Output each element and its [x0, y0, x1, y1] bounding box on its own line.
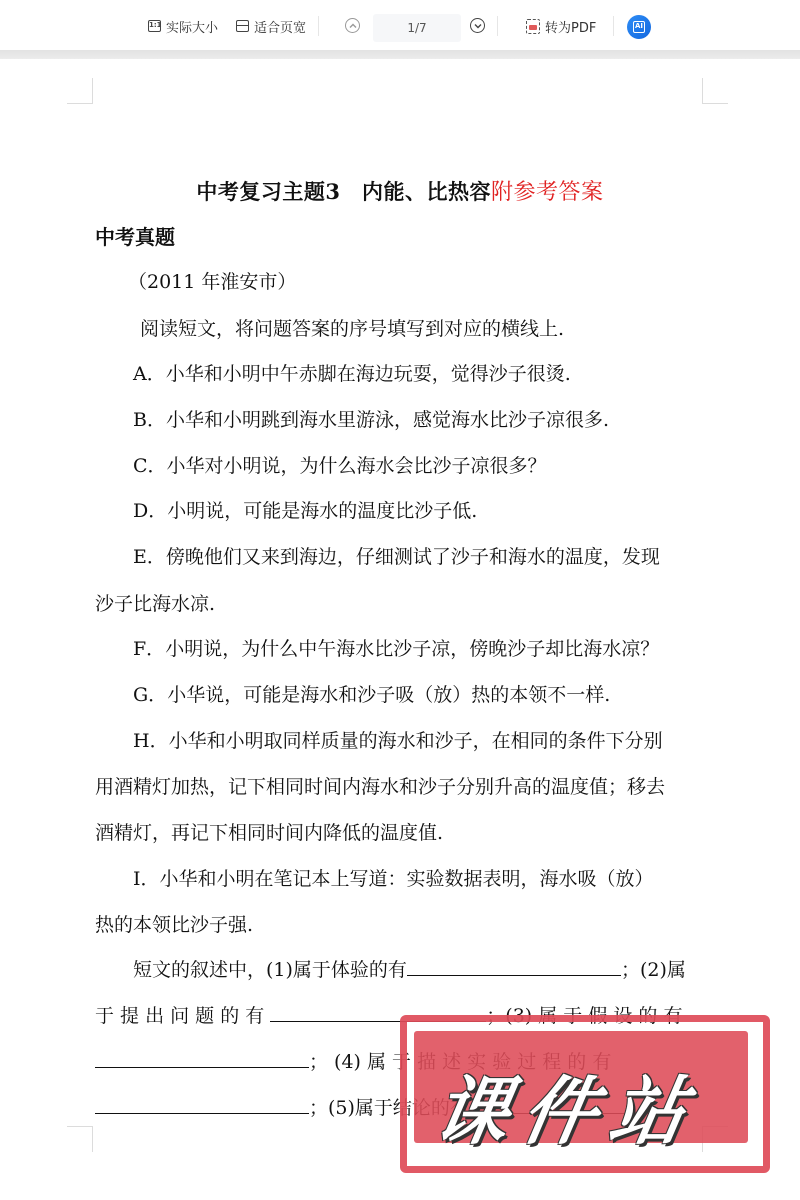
statement-label: D． [133, 500, 167, 522]
statement-label: A． [133, 363, 166, 385]
statement-text: 小华和小明跳到海水里游泳，感觉海水比沙子凉很多. [166, 409, 609, 431]
convert-pdf-label: 转为PDF [545, 17, 596, 36]
statement-g: G．小华说，可能是海水和沙子吸（放）热的本领不一样. [133, 680, 610, 707]
question-intro: 短文的叙述中， [133, 959, 266, 981]
statement-text: 小华对小明说，为什么海水会比沙子凉很多？ [167, 455, 547, 477]
answer-blank-3[interactable] [95, 1050, 309, 1068]
statement-a: A．小华和小明中午赤脚在海边玩耍，觉得沙子很烫. [133, 359, 571, 386]
page-corner-mark [702, 1126, 728, 1152]
question-source: （2011 年淮安市） [128, 267, 296, 294]
answer-blank-4[interactable] [95, 1096, 309, 1114]
answer-blank-1[interactable] [407, 958, 621, 976]
actual-size-label: 实际大小 [166, 17, 218, 36]
actual-size-button[interactable]: 1:1 实际大小 [148, 15, 218, 37]
statement-e-continued: 沙子比海水凉. [95, 589, 215, 616]
convert-pdf-button[interactable]: 转为PDF [526, 15, 596, 37]
statement-label: G． [133, 684, 167, 706]
question-1-label: (1)属于体验的有 [266, 959, 407, 981]
question-line-4: ；(5)属于结论的有 [95, 1093, 669, 1120]
pdf-icon [526, 19, 540, 34]
viewer-toolbar: 1:1 实际大小 适合页宽 1/7 转为PDF AI [0, 0, 800, 50]
statement-label: H． [133, 730, 169, 752]
statement-i: I．小华和小明在笔记本上写道：实验数据表明，海水吸（放） [133, 864, 654, 891]
toolbar-divider [613, 16, 614, 36]
question-4-label: ； (4) 属 于 描 述 实 验 过 程 的 有 [309, 1051, 611, 1073]
statement-text: 小华和小明在笔记本上写道：实验数据表明，海水吸（放） [160, 868, 654, 890]
statement-c: C．小华对小明说，为什么海水会比沙子凉很多？ [133, 451, 547, 478]
statement-label: C． [133, 455, 167, 477]
one-to-one-icon: 1:1 [148, 20, 161, 32]
question-line-1: 短文的叙述中，(1)属于体验的有；(2)属 [133, 955, 686, 982]
fit-width-icon [236, 20, 249, 32]
statement-text: 小明说，可能是海水的温度比沙子低. [167, 500, 477, 522]
page-number-input[interactable]: 1/7 [373, 14, 461, 42]
fit-width-button[interactable]: 适合页宽 [236, 15, 306, 37]
answer-blank-5[interactable] [469, 1096, 669, 1114]
page-corner-mark [702, 78, 728, 104]
statement-text: 傍晚他们又来到海边，仔细测试了沙子和海水的温度，发现 [166, 546, 660, 568]
chevron-up-icon [349, 22, 357, 30]
statement-text: 小华和小明中午赤脚在海边玩耍，觉得沙子很烫. [166, 363, 571, 385]
chevron-down-icon [474, 22, 482, 30]
title-answer-note: 附参考答案 [491, 180, 604, 205]
statement-f: F．小明说，为什么中午海水比沙子凉，傍晚沙子却比海水凉？ [133, 634, 659, 661]
question-2-label-cont: 于 提 出 问 题 的 有 [95, 1005, 264, 1027]
toolbar-shadow [0, 50, 800, 59]
instruction-text: 阅读短文，将问题答案的序号填写到对应的横线上. [140, 314, 564, 341]
statement-label: B． [133, 409, 166, 431]
title-main: 中考复习主题3 内能、比热容 [196, 179, 491, 204]
ai-assistant-button[interactable]: AI [627, 15, 651, 39]
toolbar-divider [497, 16, 498, 36]
ai-assistant-icon: AI [633, 21, 645, 33]
statement-text: 小华说，可能是海水和沙子吸（放）热的本领不一样. [167, 684, 610, 706]
statement-d: D．小明说，可能是海水的温度比沙子低. [133, 496, 477, 523]
next-page-button[interactable] [470, 18, 485, 33]
toolbar-divider [318, 16, 319, 36]
statement-label: E． [133, 546, 166, 568]
statement-h: H．小华和小明取同样质量的海水和沙子，在相同的条件下分别 [133, 726, 663, 753]
statement-text: 小明说，为什么中午海水比沙子凉，傍晚沙子却比海水凉？ [165, 638, 659, 660]
prev-page-button[interactable] [345, 18, 360, 33]
question-5-label: ；(5)属于结论的有 [309, 1097, 469, 1119]
statement-h-continued: 用酒精灯加热，记下相同时间内海水和沙子分别升高的温度值；移去 [95, 772, 665, 799]
statement-label: I． [133, 868, 160, 890]
statement-e: E．傍晚他们又来到海边，仔细测试了沙子和海水的温度，发现 [133, 542, 660, 569]
statement-h-continued-2: 酒精灯，再记下相同时间内降低的温度值. [95, 818, 443, 845]
statement-b: B．小华和小明跳到海水里游泳，感觉海水比沙子凉很多. [133, 405, 609, 432]
page-corner-mark [67, 1126, 93, 1152]
statement-i-continued: 热的本领比沙子强. [95, 910, 253, 937]
question-3-label: ；(3) 属 于 假 设 的 有 [486, 1005, 682, 1027]
question-line-2: 于 提 出 问 题 的 有 ；(3) 属 于 假 设 的 有 [95, 1001, 682, 1028]
section-heading: 中考真题 [95, 221, 175, 250]
question-2-label: ；(2)属 [621, 959, 686, 981]
page-indicator: 1/7 [407, 21, 426, 35]
statement-label: F． [133, 638, 165, 660]
fit-width-label: 适合页宽 [254, 17, 306, 36]
question-line-3: ； (4) 属 于 描 述 实 验 过 程 的 有 [95, 1047, 611, 1074]
page-corner-mark [67, 78, 93, 104]
answer-blank-2[interactable] [270, 1004, 486, 1022]
document-title: 中考复习主题3 内能、比热容附参考答案 [0, 175, 800, 206]
statement-text: 小华和小明取同样质量的海水和沙子，在相同的条件下分别 [169, 730, 663, 752]
